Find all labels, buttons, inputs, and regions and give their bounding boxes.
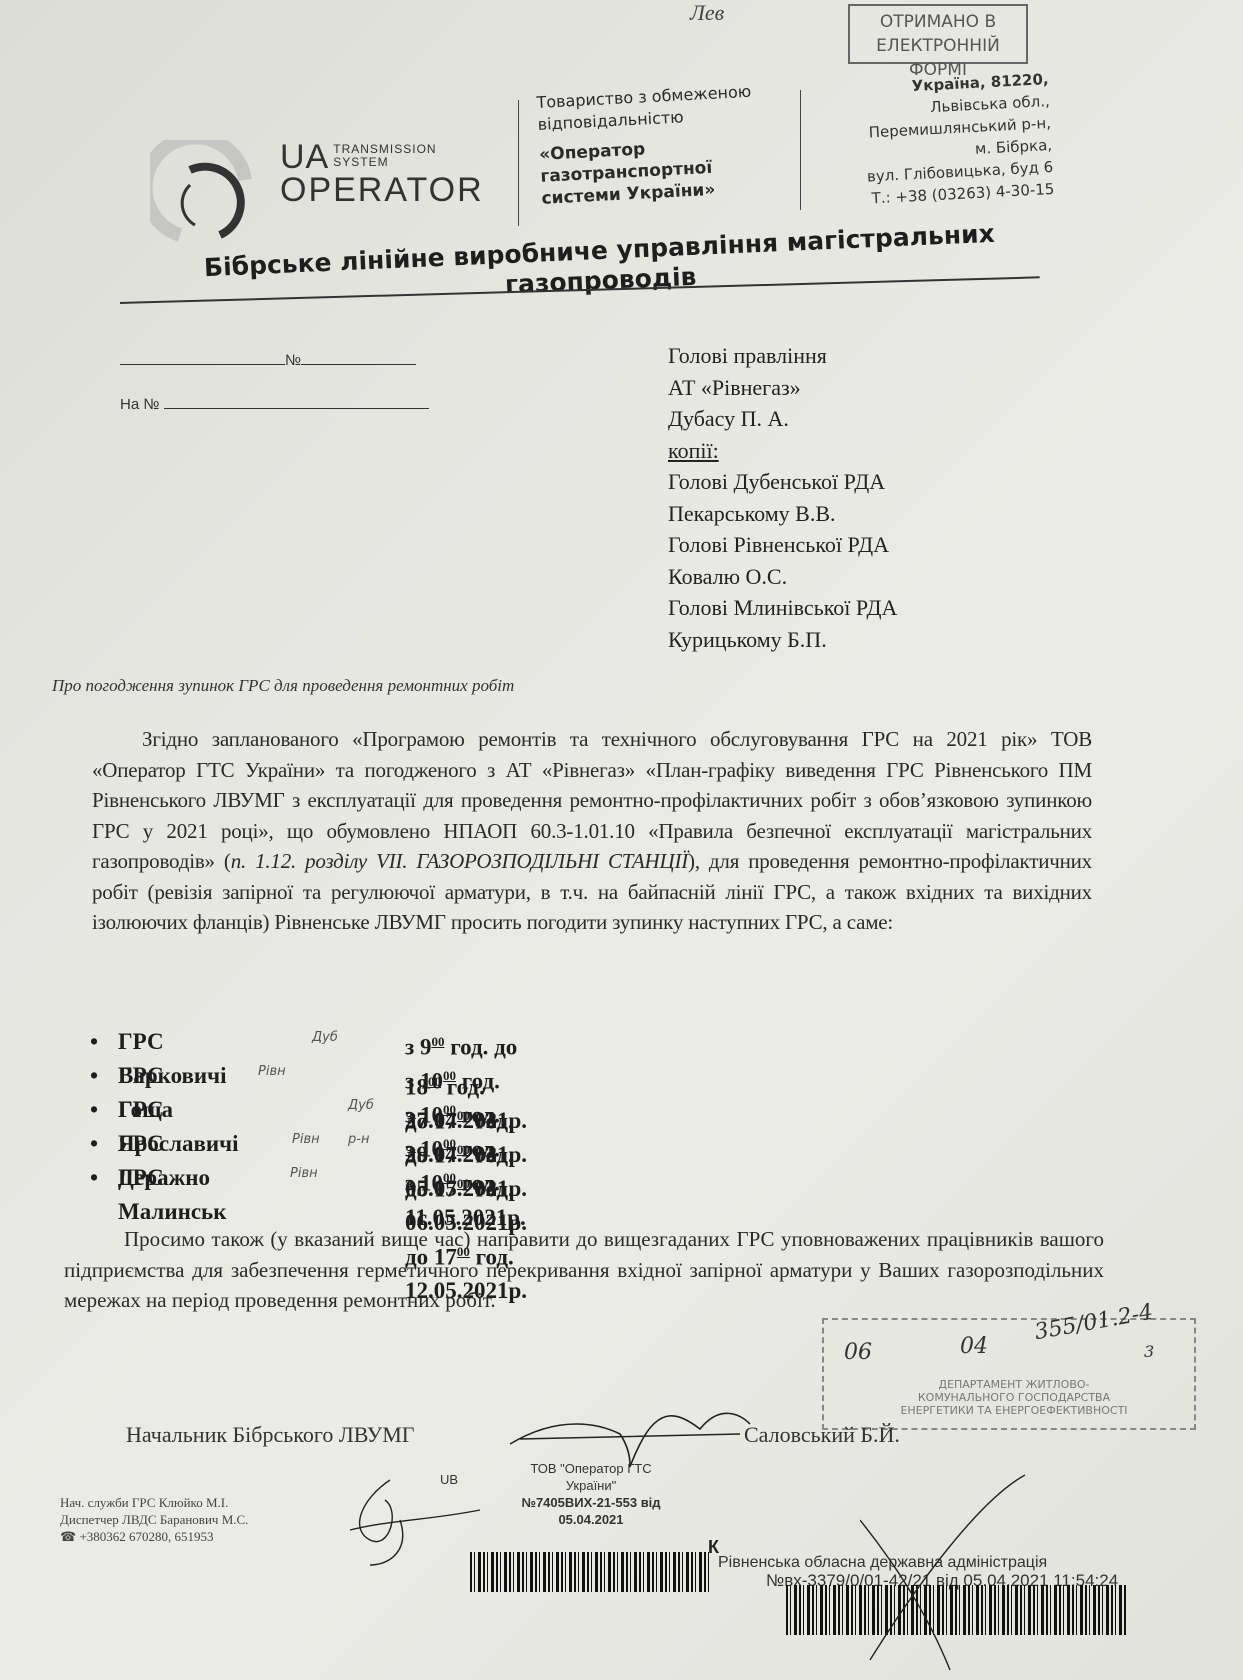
station-name: ГРС Малинськ	[118, 1161, 226, 1229]
address-block: Україна, 81220, Львівська обл., Перемишл…	[808, 68, 1055, 212]
registration-stamp: 06 04 355/01.2-4 3 ДЕПАРТАМЕНТ ЖИТЛОВО- …	[822, 1318, 1196, 1430]
logo-small: TRANSMISSIONSYSTEM	[333, 143, 436, 169]
signatory-name: Саловський Б.Й.	[744, 1422, 900, 1448]
handwritten-note: Рівн	[292, 1123, 320, 1157]
outgoing-number: №7405ВИХ-21-553 від	[476, 1494, 706, 1511]
bullet: •	[90, 1127, 98, 1161]
company-name-line: «Оператор	[539, 139, 646, 165]
executor-phone: ☎ +380362 670280, 651953	[60, 1528, 248, 1545]
copies-label: копії:	[668, 435, 897, 467]
stamp-extra: 3	[1144, 1342, 1154, 1361]
letter-subject: Про погодження зупинок ГРС для проведенн…	[52, 676, 514, 696]
handwritten-note: Рівн	[290, 1157, 318, 1191]
stamp-month: 04	[960, 1334, 988, 1359]
stamp-org: ДЕПАРТАМЕНТ ЖИТЛОВО- КОМУНАЛЬНОГО ГОСПОД…	[854, 1378, 1174, 1417]
number-label: №	[285, 352, 301, 369]
executors: Нач. служби ГРС Клюйко М.І. Диспетчер ЛВ…	[60, 1494, 248, 1545]
copy-line: Курицькому Б.П.	[668, 624, 897, 656]
body-paragraph: Згідно запланованого «Програмою ремонтів…	[92, 724, 1092, 938]
handwritten-note: Лев	[690, 0, 724, 26]
stamp-day: 06	[844, 1340, 872, 1365]
handwritten-note: Дуб р-н	[348, 1089, 374, 1157]
executor-line: Диспетчер ЛВДС Баранович М.С.	[60, 1511, 248, 1528]
header-divider	[518, 100, 519, 226]
ub-mark: UB	[440, 1472, 458, 1487]
body-paragraph: Просимо також (у вказаний вище час) напр…	[64, 1224, 1104, 1316]
logo-operator: OPERATOR	[280, 171, 484, 210]
bullet: •	[90, 1059, 98, 1093]
outgoing-org: України"	[476, 1477, 706, 1494]
copy-line: Пекарському В.В.	[668, 498, 897, 530]
letter-body-request: Просимо також (у вказаний вище час) напр…	[64, 1224, 1104, 1316]
org-title: Бібрське лінійне виробниче управління ма…	[169, 217, 1031, 314]
reply-number-field: На №	[120, 394, 429, 413]
handwritten-note: Рівн	[258, 1055, 286, 1089]
logo-small-line: SYSTEM	[333, 155, 388, 169]
outgoing-barcode	[470, 1552, 710, 1592]
addressees: Голові правління АТ «Рівнегаз» Дубасу П.…	[668, 340, 897, 655]
stamp-line: ОТРИМАНО В	[850, 10, 1026, 34]
company-block: Товариство з обмеженою відповідальністю …	[536, 81, 757, 210]
bullet: •	[90, 1025, 98, 1059]
outgoing-registration: ТОВ "Оператор ГТС України" №7405ВИХ-21-5…	[476, 1460, 706, 1528]
copy-line: Голові Рівненської РДА	[668, 529, 897, 561]
copy-line: Голові Дубенської РДА	[668, 466, 897, 498]
ua-operator-logo-icon	[150, 140, 260, 250]
company-name: «Операторгазотранспортноїсистеми України…	[539, 133, 757, 210]
logo-wordmark: UATRANSMISSIONSYSTEM OPERATOR	[280, 138, 484, 210]
bullet: •	[90, 1093, 98, 1127]
handwritten-cross-icon	[860, 1460, 1060, 1680]
executor-signature-icon	[330, 1470, 490, 1570]
addressee-line: Дубасу П. А.	[668, 403, 897, 435]
outgoing-org: ТОВ "Оператор ГТС	[476, 1460, 706, 1477]
logo-small-line: TRANSMISSION	[333, 142, 436, 156]
reply-label: На №	[120, 396, 159, 413]
copy-line: Ковалю О.С.	[668, 561, 897, 593]
regulation-reference: п. 1.12. розділу VII. ГАЗОРОЗПОДІЛЬНІ СТ…	[231, 849, 688, 873]
outgoing-number-field: №	[120, 350, 416, 369]
header-divider	[800, 90, 801, 210]
received-electronic-stamp: ОТРИМАНО В ЕЛЕКТРОННІЙ ФОРМІ	[848, 4, 1028, 64]
stamp-org-line: КОМУНАЛЬНОГО ГОСПОДАРСТВА	[854, 1391, 1174, 1404]
stamp-org-line: ЕНЕРГЕТИКИ ТА ЕНЕРГОЕФЕКТИВНОСТІ	[854, 1404, 1174, 1417]
bullet: •	[90, 1161, 98, 1195]
letter-body: Згідно запланованого «Програмою ремонтів…	[92, 724, 1092, 938]
copy-line: Голові Млинівської РДА	[668, 592, 897, 624]
signatory-title: Начальник Бібрського ЛВУМГ	[126, 1422, 415, 1448]
addressee-line: Голові правління	[668, 340, 897, 372]
stamp-org-line: ДЕПАРТАМЕНТ ЖИТЛОВО-	[854, 1378, 1174, 1391]
handwritten-note: Дуб	[312, 1021, 338, 1055]
executor-line: Нач. служби ГРС Клюйко М.І.	[60, 1494, 248, 1511]
outgoing-date: 05.04.2021	[476, 1511, 706, 1528]
addressee-line: АТ «Рівнегаз»	[668, 372, 897, 404]
